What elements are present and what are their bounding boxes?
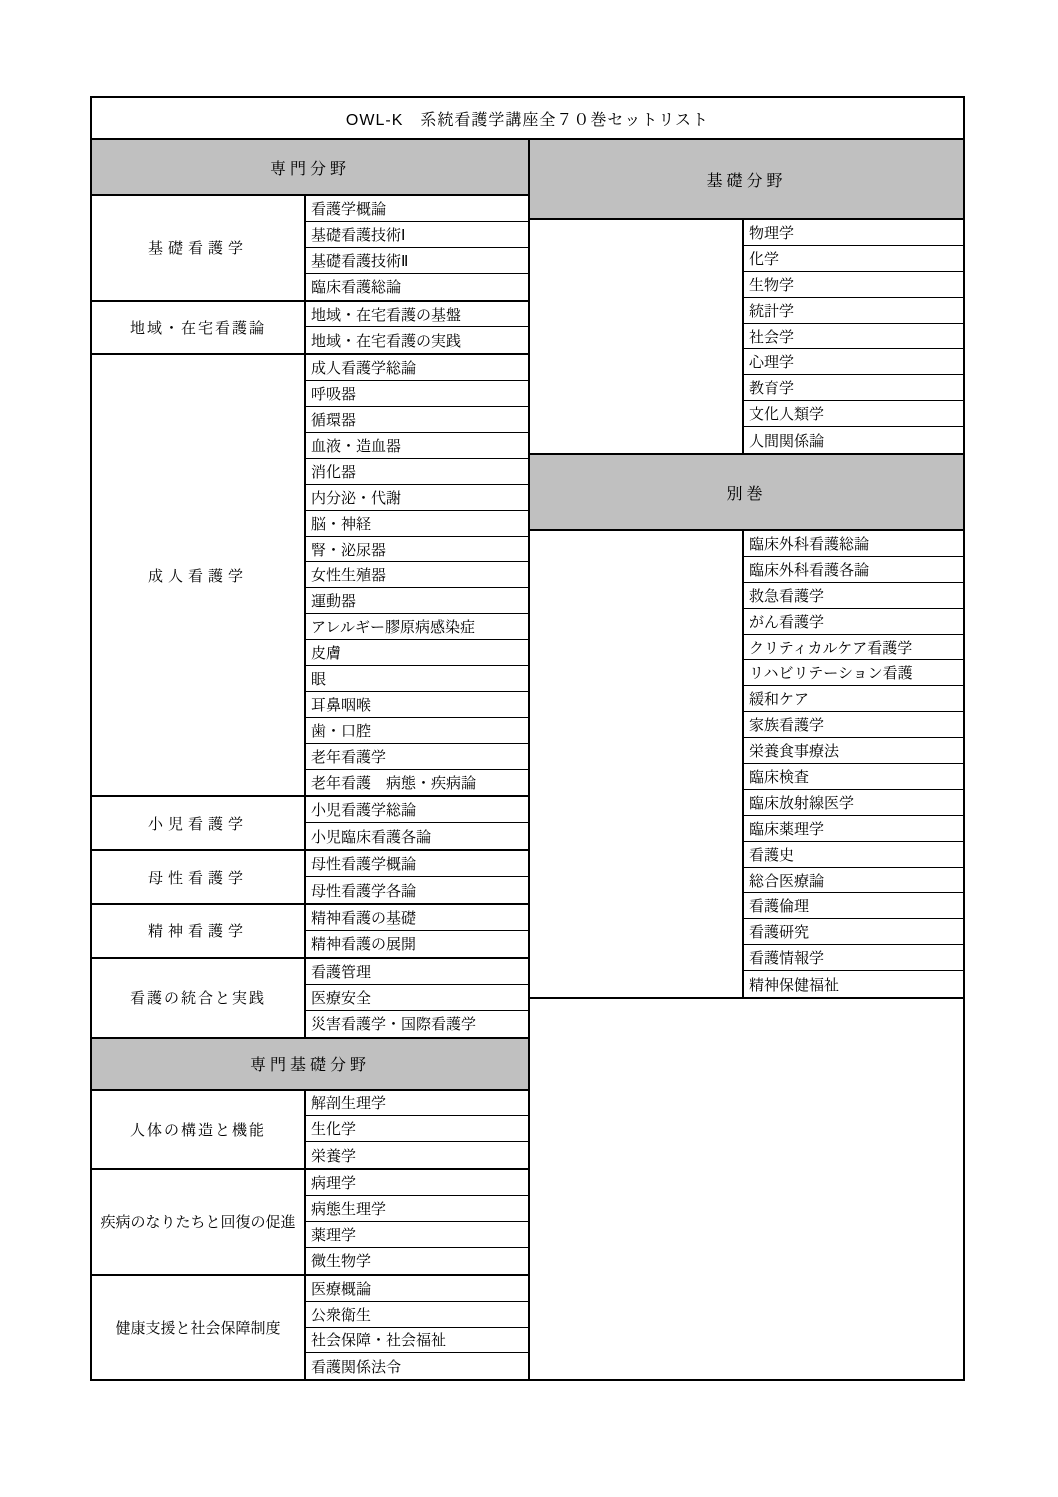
volume-list: 医療概論公衆衛生社会保障・社会福祉看護関係法令 <box>306 1276 528 1380</box>
category-cell: 小児看護学 <box>92 797 306 849</box>
volume-item: 耳鼻咽喉 <box>306 692 528 718</box>
category-cell: 基礎看護学 <box>92 196 306 300</box>
volume-item: 看護関係法令 <box>306 1353 528 1379</box>
volume-item: 化学 <box>744 246 963 272</box>
volume-item: 薬理学 <box>306 1222 528 1248</box>
volume-list: 看護管理医療安全災害看護学・国際看護学 <box>306 959 528 1037</box>
volume-item: 心理学 <box>744 349 963 375</box>
section-header: 専門基礎分野 <box>92 1039 528 1091</box>
category-group: 臨床外科看護総論臨床外科看護各論救急看護学がん看護学クリティカルケア看護学リハビ… <box>530 531 963 999</box>
volume-list: 臨床外科看護総論臨床外科看護各論救急看護学がん看護学クリティカルケア看護学リハビ… <box>744 531 963 997</box>
category-group: 物理学化学生物学統計学社会学心理学教育学文化人類学人間関係論 <box>530 220 963 455</box>
volume-item: 血液・造血器 <box>306 433 528 459</box>
volume-item: 腎・泌尿器 <box>306 537 528 563</box>
volume-item: 文化人類学 <box>744 401 963 427</box>
volume-item: 救急看護学 <box>744 583 963 609</box>
category-group: 母性看護学母性看護学概論母性看護学各論 <box>92 851 528 905</box>
category-cell: 精神看護学 <box>92 905 306 957</box>
category-group: 人体の構造と機能解剖生理学生化学栄養学 <box>92 1091 528 1171</box>
volume-item: 生化学 <box>306 1116 528 1142</box>
volume-item: 微生物学 <box>306 1248 528 1274</box>
volume-item: 地域・在宅看護の実践 <box>306 327 528 353</box>
category-group: 疾病のなりたちと回復の促進病理学病態生理学薬理学微生物学 <box>92 1170 528 1276</box>
volume-item: 循環器 <box>306 407 528 433</box>
category-cell: 疾病のなりたちと回復の促進 <box>92 1170 306 1274</box>
volume-list: 小児看護学総論小児臨床看護各論 <box>306 797 528 849</box>
empty-cell <box>530 999 963 1379</box>
volume-item: 医療概論 <box>306 1276 528 1302</box>
volume-item: 臨床外科看護各論 <box>744 557 963 583</box>
volume-item: 成人看護学総論 <box>306 355 528 381</box>
volume-item: 精神看護の展開 <box>306 931 528 957</box>
volume-item: 臨床放射線医学 <box>744 790 963 816</box>
volume-item: 眼 <box>306 666 528 692</box>
volume-item: 医療安全 <box>306 985 528 1011</box>
volume-item: 社会保障・社会福祉 <box>306 1328 528 1354</box>
volume-item: 公衆衛生 <box>306 1302 528 1328</box>
category-group: 地域・在宅看護論地域・在宅看護の基盤地域・在宅看護の実践 <box>92 302 528 356</box>
category-group: 健康支援と社会保障制度医療概論公衆衛生社会保障・社会福祉看護関係法令 <box>92 1276 528 1380</box>
volume-item: 運動器 <box>306 588 528 614</box>
volume-list: 成人看護学総論呼吸器循環器血液・造血器消化器内分泌・代謝脳・神経腎・泌尿器女性生… <box>306 355 528 795</box>
volume-item: 老年看護学 <box>306 744 528 770</box>
volume-item: 教育学 <box>744 375 963 401</box>
volume-item: 臨床薬理学 <box>744 816 963 842</box>
volume-item: 看護研究 <box>744 919 963 945</box>
volume-item: 統計学 <box>744 298 963 324</box>
volume-item: 看護管理 <box>306 959 528 985</box>
volume-list: 地域・在宅看護の基盤地域・在宅看護の実践 <box>306 302 528 354</box>
volume-item: 基礎看護技術Ⅰ <box>306 222 528 248</box>
volume-list: 病理学病態生理学薬理学微生物学 <box>306 1170 528 1274</box>
volume-item: 小児看護学総論 <box>306 797 528 823</box>
category-cell: 地域・在宅看護論 <box>92 302 306 354</box>
volume-item: 家族看護学 <box>744 712 963 738</box>
category-cell: 看護の統合と実践 <box>92 959 306 1037</box>
volume-item: クリティカルケア看護学 <box>744 635 963 661</box>
volume-list: 解剖生理学生化学栄養学 <box>306 1091 528 1169</box>
volume-list: 母性看護学概論母性看護学各論 <box>306 851 528 903</box>
volume-list: 物理学化学生物学統計学社会学心理学教育学文化人類学人間関係論 <box>744 220 963 453</box>
volume-item: 病理学 <box>306 1170 528 1196</box>
volume-item: 小児臨床看護各論 <box>306 823 528 849</box>
section-header: 別巻 <box>530 455 963 531</box>
booklist-table: OWL-K 系統看護学講座全７０巻セットリスト 専門分野基礎看護学看護学概論基礎… <box>90 96 965 1381</box>
section-header: 専門分野 <box>92 140 528 196</box>
category-group: 看護の統合と実践看護管理医療安全災害看護学・国際看護学 <box>92 959 528 1039</box>
volume-item: 精神保健福祉 <box>744 971 963 997</box>
category-group: 小児看護学小児看護学総論小児臨床看護各論 <box>92 797 528 851</box>
volume-item: 母性看護学各論 <box>306 877 528 903</box>
volume-item: 人間関係論 <box>744 427 963 453</box>
volume-item: 栄養学 <box>306 1142 528 1168</box>
volume-item: 呼吸器 <box>306 381 528 407</box>
volume-item: 歯・口腔 <box>306 718 528 744</box>
volume-item: 臨床検査 <box>744 764 963 790</box>
volume-item: 精神看護の基礎 <box>306 905 528 931</box>
volume-item: 老年看護 病態・疾病論 <box>306 770 528 796</box>
volume-item: 母性看護学概論 <box>306 851 528 877</box>
category-cell: 成人看護学 <box>92 355 306 795</box>
volume-item: 看護史 <box>744 842 963 868</box>
volume-item: 看護倫理 <box>744 893 963 919</box>
volume-item: がん看護学 <box>744 609 963 635</box>
volume-item: 栄養食事療法 <box>744 738 963 764</box>
specialized-column: 専門分野基礎看護学看護学概論基礎看護技術Ⅰ基礎看護技術Ⅱ臨床看護総論地域・在宅看… <box>92 140 530 1379</box>
volume-item: 解剖生理学 <box>306 1091 528 1117</box>
volume-item: 生物学 <box>744 272 963 298</box>
volume-item: 内分泌・代謝 <box>306 485 528 511</box>
basic-column: 基礎分野物理学化学生物学統計学社会学心理学教育学文化人類学人間関係論別巻臨床外科… <box>530 140 963 1379</box>
volume-item: 社会学 <box>744 324 963 350</box>
category-cell: 健康支援と社会保障制度 <box>92 1276 306 1380</box>
volume-item: 看護学概論 <box>306 196 528 222</box>
category-group: 精神看護学精神看護の基礎精神看護の展開 <box>92 905 528 959</box>
volume-item: 地域・在宅看護の基盤 <box>306 302 528 328</box>
category-group: 成人看護学成人看護学総論呼吸器循環器血液・造血器消化器内分泌・代謝脳・神経腎・泌… <box>92 355 528 797</box>
volume-item: 看護情報学 <box>744 945 963 971</box>
volume-item: 緩和ケア <box>744 686 963 712</box>
volume-item: 臨床看護総論 <box>306 274 528 300</box>
table-title: OWL-K 系統看護学講座全７０巻セットリスト <box>92 98 963 140</box>
volume-item: 臨床外科看護総論 <box>744 531 963 557</box>
volume-item: 脳・神経 <box>306 511 528 537</box>
category-cell: 人体の構造と機能 <box>92 1091 306 1169</box>
volume-item: 女性生殖器 <box>306 562 528 588</box>
volume-item: リハビリテーション看護 <box>744 660 963 686</box>
volume-item: 総合医療論 <box>744 868 963 894</box>
category-cell <box>530 220 744 453</box>
volume-item: 病態生理学 <box>306 1196 528 1222</box>
category-cell: 母性看護学 <box>92 851 306 903</box>
volume-list: 精神看護の基礎精神看護の展開 <box>306 905 528 957</box>
category-cell <box>530 531 744 997</box>
volume-item: 皮膚 <box>306 640 528 666</box>
category-group: 基礎看護学看護学概論基礎看護技術Ⅰ基礎看護技術Ⅱ臨床看護総論 <box>92 196 528 302</box>
volume-item: 基礎看護技術Ⅱ <box>306 248 528 274</box>
volume-item: 災害看護学・国際看護学 <box>306 1011 528 1037</box>
volume-item: アレルギー膠原病感染症 <box>306 614 528 640</box>
table-body: 専門分野基礎看護学看護学概論基礎看護技術Ⅰ基礎看護技術Ⅱ臨床看護総論地域・在宅看… <box>92 140 963 1379</box>
volume-item: 消化器 <box>306 459 528 485</box>
section-header: 基礎分野 <box>530 140 963 220</box>
volume-list: 看護学概論基礎看護技術Ⅰ基礎看護技術Ⅱ臨床看護総論 <box>306 196 528 300</box>
volume-item: 物理学 <box>744 220 963 246</box>
